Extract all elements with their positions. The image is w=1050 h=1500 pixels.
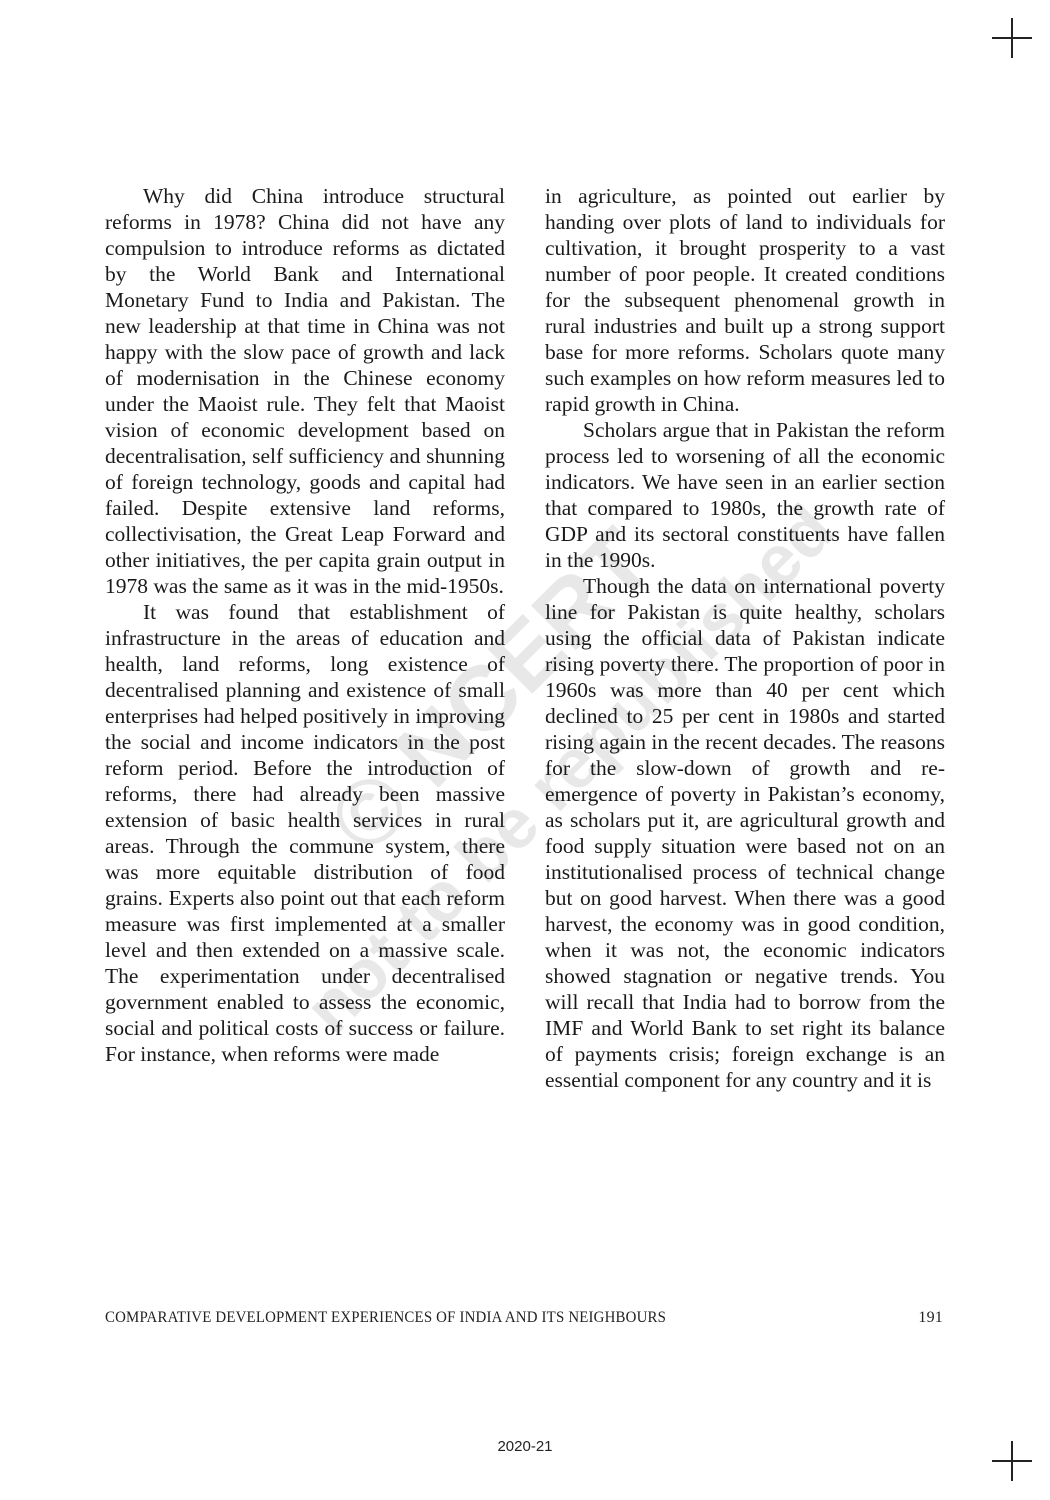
page-body: Why did China introduce structural refor… [105,183,945,1093]
left-column: Why did China introduce structural refor… [105,183,505,1093]
right-column: in agriculture, as pointed out earlier b… [545,183,945,1093]
page-number: 191 [918,1309,943,1327]
paragraph-china-agriculture-continued: in agriculture, as pointed out earlier b… [545,183,945,417]
paragraph-pakistan-poverty: Though the data on international poverty… [545,573,945,1093]
page-footer: COMPARATIVE DEVELOPMENT EXPERIENCES OF I… [105,1309,943,1327]
paragraph-china-reforms-why: Why did China introduce structural refor… [105,183,505,599]
paragraph-china-infrastructure: It was found that establishment of infra… [105,599,505,1067]
academic-year-label: 2020-21 [0,1438,1050,1455]
paragraph-pakistan-reforms: Scholars argue that in Pakistan the refo… [545,417,945,573]
running-footer-title: COMPARATIVE DEVELOPMENT EXPERIENCES OF I… [105,1309,666,1327]
crop-mark-top-right-icon [992,18,1032,58]
